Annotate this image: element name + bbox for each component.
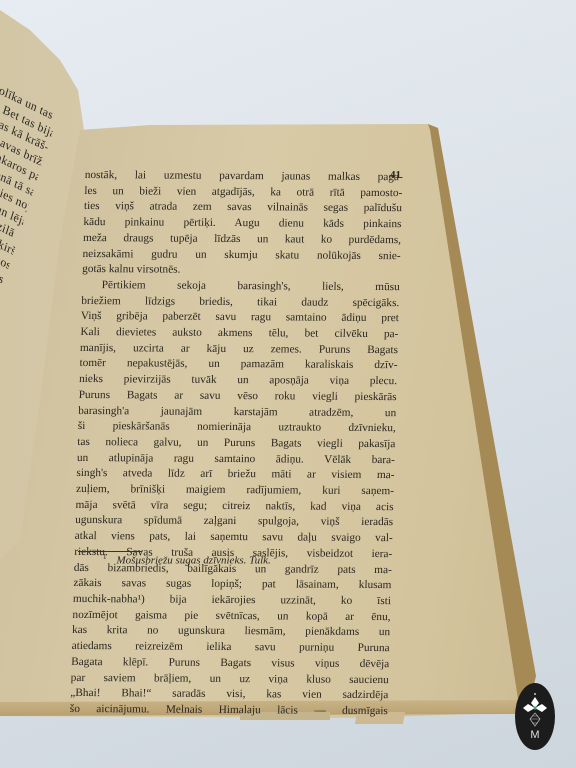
text-line: Puruns Bagats ar savu vēso roku viegli p… [78,388,396,406]
body-text: nostāk, lai uzmestu pavardam jaunas malk… [70,168,403,720]
svg-text:M: M [530,729,539,741]
text-line: atiedams reizreizēm ielika savu purniņu … [71,639,389,657]
watermark-badge: M [515,683,555,750]
text-line: nostāk, lai uzmestu pavardam jaunas malk… [85,168,403,186]
footnote: 1Mošusbriežu sugas dzīvnieks. Tulk. [103,553,271,567]
text-line: Bagata klēpī. Puruns Bagats visus viņus … [71,655,389,673]
footnote-rule [78,551,142,552]
photo-scene: nolīka un tasja. Bet tas bijar, kas kā k… [0,0,576,768]
logo-icon: M [515,683,555,750]
footnote-text: Mošusbriežu sugas dzīvnieks. Tulk. [117,555,271,567]
text-line: zuļiem, brīnišķi maigiem radījumiem, kur… [76,482,394,500]
text-line: meža draugs tupēja līdzās un kaut ko pur… [83,231,401,249]
text-line: tas nolieca galvu, un Puruns Bagats vieg… [77,435,395,453]
text-line: Pērtikiem sekoja barasingh's, liels, mūs… [81,278,399,296]
text-line: šo aicinājumu. Melnais Himalaju lācis — … [70,702,388,720]
footnote-marker: 1 [103,553,107,561]
text-line: muchik-nabha¹) bija iekārojies uzzināt, … [73,592,391,610]
text-line: Kali dievietes auksto akmens tēlu, bet c… [80,325,398,343]
